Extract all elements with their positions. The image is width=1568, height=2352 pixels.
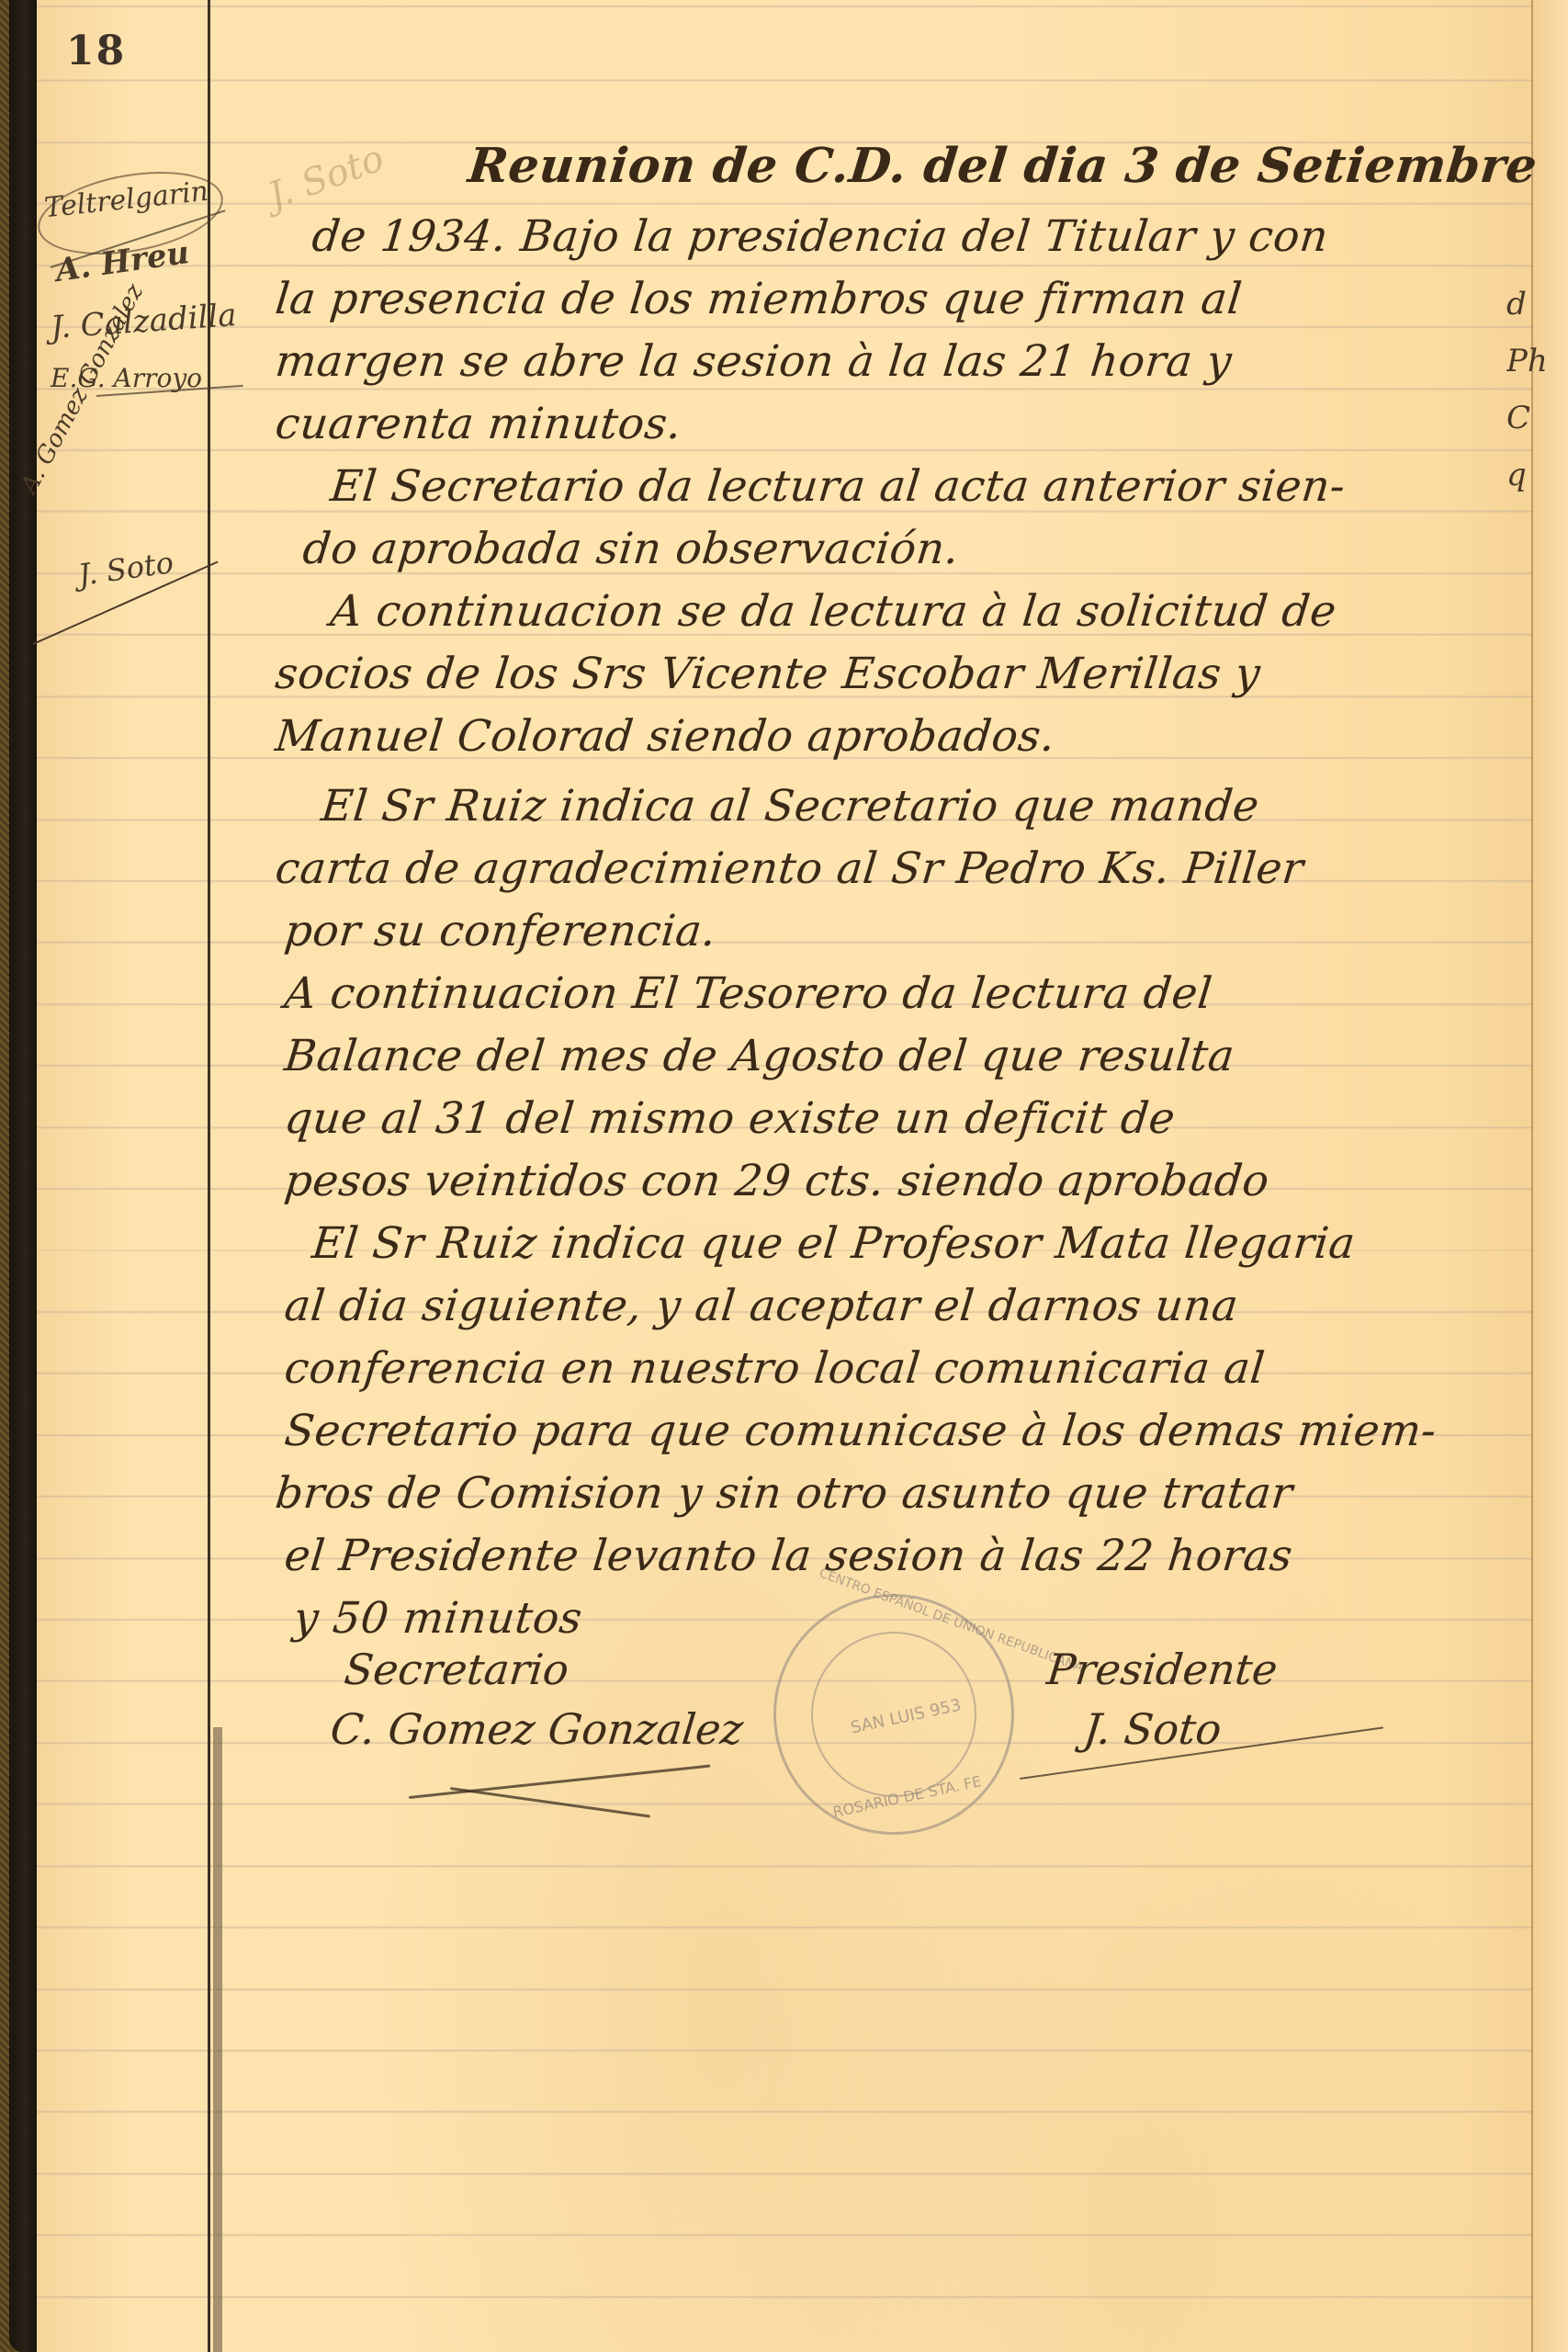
minutes-line: A continuacion se da lectura à la solici…	[328, 586, 1338, 637]
minutes-line: bros de Comision y sin otro asunto que t…	[273, 1468, 1295, 1519]
minutes-line: margen se abre la sesion à la las 21 hor…	[273, 336, 1235, 387]
minutes-line: y 50 minutos	[291, 1593, 584, 1644]
minutes-line: Balance del mes de Agosto del que result…	[282, 1031, 1237, 1081]
minutes-title-line: Reunion de C.D. del dia 3 de Setiembre	[466, 138, 1540, 194]
facing-page-fragment: Ph	[1506, 333, 1562, 390]
minutes-line: El Sr Ruiz indica al Secretario que mand…	[319, 781, 1261, 831]
minutes-line: al dia siguiente, y al aceptar el darnos…	[282, 1281, 1241, 1331]
secretary-signature: C. Gomez Gonzalez	[328, 1704, 746, 1754]
minutes-line: Manuel Colorad siendo aprobados.	[273, 711, 1057, 762]
margin-rule	[208, 0, 210, 2352]
minutes-line: Secretario para que comunicase à los dem…	[282, 1406, 1438, 1456]
margin-rule-shadow	[213, 1727, 222, 2352]
organization-stamp: CENTRO ESPAÑOL DE UNION REPUBLICANA SAN …	[773, 1594, 1014, 1835]
minutes-line: El Secretario da lectura al acta anterio…	[328, 461, 1348, 512]
minutes-line: A continuacion El Tesorero da lectura de…	[282, 968, 1214, 1019]
facing-page-handwriting: d Ph C q	[1506, 276, 1562, 503]
minutes-line: El Sr Ruiz indica que el Profesor Mata l…	[310, 1218, 1358, 1269]
minutes-line: cuarenta minutos.	[273, 399, 684, 449]
page-number: 18	[66, 28, 126, 74]
minutes-line: el Presidente levanto la sesion à las 22…	[282, 1531, 1295, 1581]
president-signature: J. Soto	[1081, 1704, 1224, 1754]
minutes-line: que al 31 del mismo existe un deficit de	[282, 1093, 1178, 1144]
minutes-line: por su conferencia.	[282, 906, 718, 956]
president-label: Presidente	[1044, 1645, 1280, 1694]
minutes-line: conferencia en nuestro local comunicaria…	[282, 1343, 1268, 1394]
secretary-label: Secretario	[342, 1645, 571, 1694]
minutes-line: pesos veintidos con 29 cts. siendo aprob…	[282, 1156, 1271, 1206]
minutes-line: la presencia de los miembros que firman …	[273, 274, 1245, 324]
minutes-line: carta de agradecimiento al Sr Pedro Ks. …	[273, 843, 1306, 894]
minutes-line: socios de los Srs Vicente Escobar Merill…	[273, 649, 1263, 699]
facing-page-fragment: d	[1506, 276, 1562, 333]
book-binding-spine	[9, 0, 37, 2352]
facing-page-fragment: q	[1506, 447, 1562, 503]
facing-page-fragment: C	[1506, 390, 1562, 447]
minutes-line: do aprobada sin observación.	[300, 524, 962, 574]
minutes-line: de 1934. Bajo la presidencia del Titular…	[310, 211, 1331, 262]
